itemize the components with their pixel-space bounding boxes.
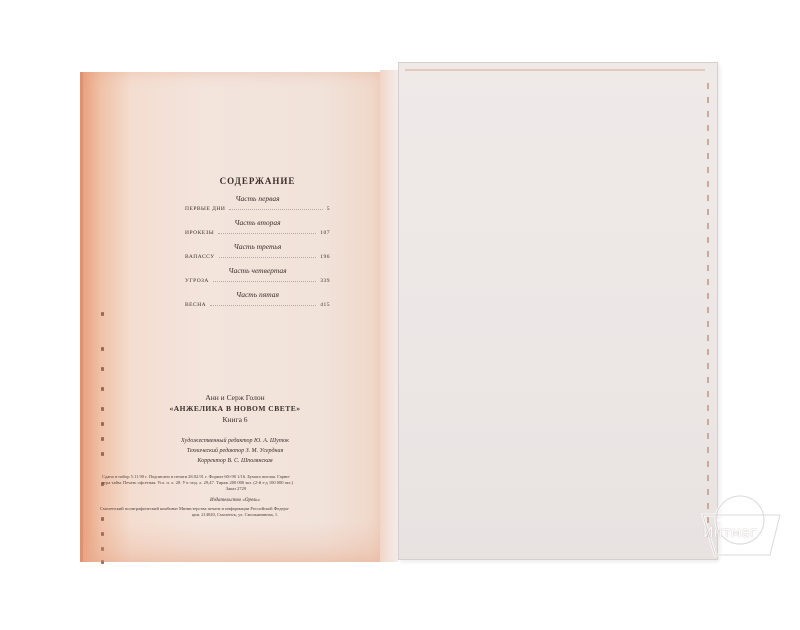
imprint: Анн и Серж Голон «АНЖЕЛИКА В НОВОМ СВЕТЕ…	[100, 393, 370, 518]
order-number: Заказ 2729	[102, 486, 370, 492]
editor-line: Корректор В. С. Шполянская	[100, 456, 370, 466]
toc-leader-dots	[219, 256, 317, 258]
book-authors: Анн и Серж Голон	[100, 393, 370, 402]
toc-page-number: 415	[320, 302, 330, 308]
toc-chapter: ПЕРВЫЕ ДНИ	[185, 206, 225, 212]
toc-leader-dots	[213, 280, 316, 282]
book-spine	[380, 70, 398, 562]
printer-line: ции. 214020, Смоленск, ул. Смольянинова,…	[100, 512, 370, 518]
editor-line: Художественный редактор Ю. А. Шуток	[100, 436, 370, 446]
right-page-edge	[707, 83, 709, 543]
toc-chapter: ВЕСНА	[185, 302, 206, 308]
toc-chapter: ИРОКЕЗЫ	[185, 230, 214, 236]
toc-entry: УГРОЗА339	[185, 278, 330, 284]
book-photo: СОДЕРЖАНИЕ Часть перваяПЕРВЫЕ ДНИ5Часть …	[0, 0, 800, 630]
editor-line: Технический редактор З. М. Усердная	[100, 446, 370, 456]
toc-part-heading: Часть первая	[185, 194, 330, 203]
toc-entry: ИРОКЕЗЫ107	[185, 230, 330, 236]
toc-leader-dots	[210, 304, 316, 306]
right-page-inner	[405, 69, 705, 551]
toc-part-heading: Часть четвертая	[185, 266, 330, 275]
toc-title: СОДЕРЖАНИЕ	[185, 176, 330, 186]
table-of-contents: СОДЕРЖАНИЕ Часть перваяПЕРВЫЕ ДНИ5Часть …	[185, 176, 330, 314]
toc-chapter: УГРОЗА	[185, 278, 209, 284]
toc-leader-dots	[218, 232, 316, 234]
watermark-text: Интмаг	[703, 525, 757, 541]
toc-part-heading: Часть третья	[185, 242, 330, 251]
book-volume: Книга 6	[100, 415, 370, 424]
toc-chapter: ВАПАССУ	[185, 254, 215, 260]
toc-leader-dots	[229, 208, 322, 210]
toc-list: Часть перваяПЕРВЫЕ ДНИ5Часть втораяИРОКЕ…	[185, 194, 330, 308]
watermark-logo: Интмаг	[695, 485, 795, 575]
editors-list: Художественный редактор Ю. А. Шуток Техн…	[100, 436, 370, 466]
toc-page-number: 107	[320, 230, 330, 236]
toc-page-number: 339	[320, 278, 330, 284]
publisher: Издательство «Орель»	[100, 498, 370, 503]
print-details: Сдано в набор 5.11.90 г. Подписано в печ…	[100, 474, 370, 492]
toc-entry: ВАПАССУ196	[185, 254, 330, 260]
toc-part-heading: Часть пятая	[185, 290, 330, 299]
toc-entry: ПЕРВЫЕ ДНИ5	[185, 206, 330, 212]
toc-part-heading: Часть вторая	[185, 218, 330, 227]
toc-page-number: 5	[327, 206, 330, 212]
right-page	[398, 62, 718, 560]
printer-info: Смоленский полиграфический комбинат Мини…	[100, 506, 370, 518]
toc-entry: ВЕСНА415	[185, 302, 330, 308]
book-title: «АНЖЕЛИКА В НОВОМ СВЕТЕ»	[100, 404, 370, 413]
toc-page-number: 196	[320, 254, 330, 260]
